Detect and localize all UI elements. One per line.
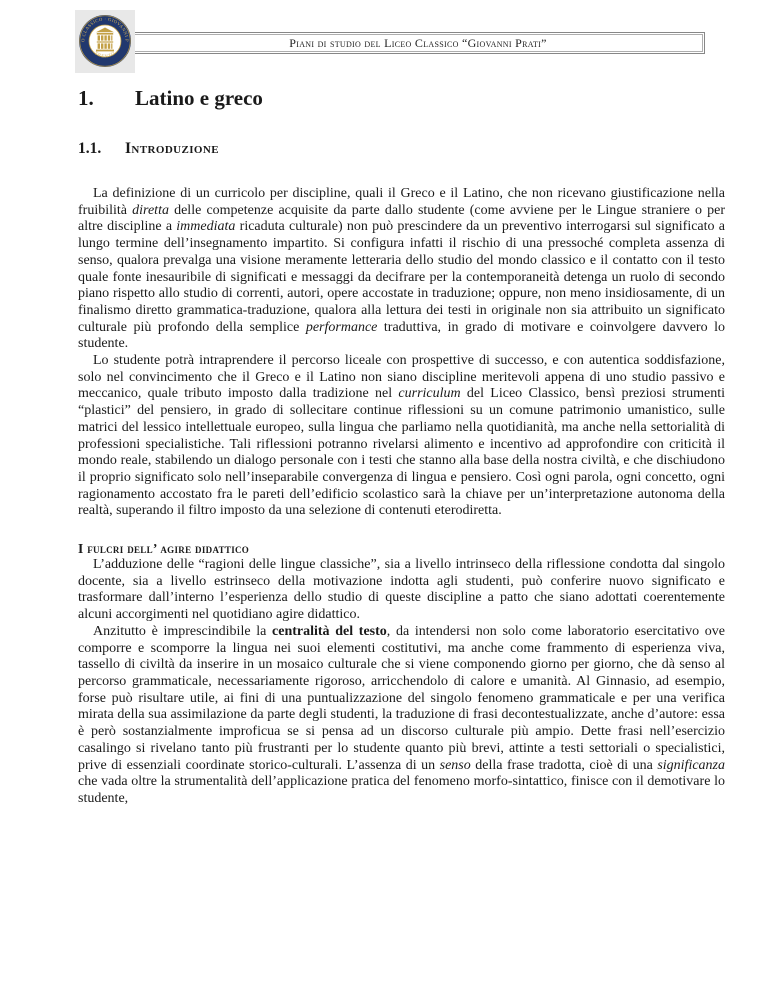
paragraph-3: L’adduzione delle “ragioni delle lingue … [78, 557, 725, 624]
building-icon [96, 28, 114, 52]
subheading: I fulcri dell’ agire didattico [78, 541, 725, 557]
page-content: 1. Latino e greco 1.1. Introduzione La d… [78, 0, 725, 808]
section-number: 1.1. [78, 141, 125, 157]
school-seal-icon: LICEO CLASSICO · GIOVANNI PRATI TRENTO [75, 10, 135, 73]
paragraph-1: La definizione di un curricolo per disci… [78, 186, 725, 353]
section-heading: 1.1. Introduzione [78, 141, 725, 157]
chapter-number: 1. [78, 87, 135, 109]
chapter-title-label: Latino e greco [135, 87, 263, 109]
paragraph-4: Anzitutto è imprescindibile la centralit… [78, 624, 725, 808]
chapter-title: 1. Latino e greco [78, 87, 725, 109]
document-page: LICEO CLASSICO · GIOVANNI PRATI TRENTO P… [0, 0, 768, 994]
section-heading-label: Introduzione [125, 141, 219, 157]
paragraph-2: Lo studente potrà intraprendere il perco… [78, 353, 725, 520]
school-logo: LICEO CLASSICO · GIOVANNI PRATI TRENTO [75, 10, 135, 73]
body-text: La definizione di un curricolo per disci… [78, 186, 725, 808]
